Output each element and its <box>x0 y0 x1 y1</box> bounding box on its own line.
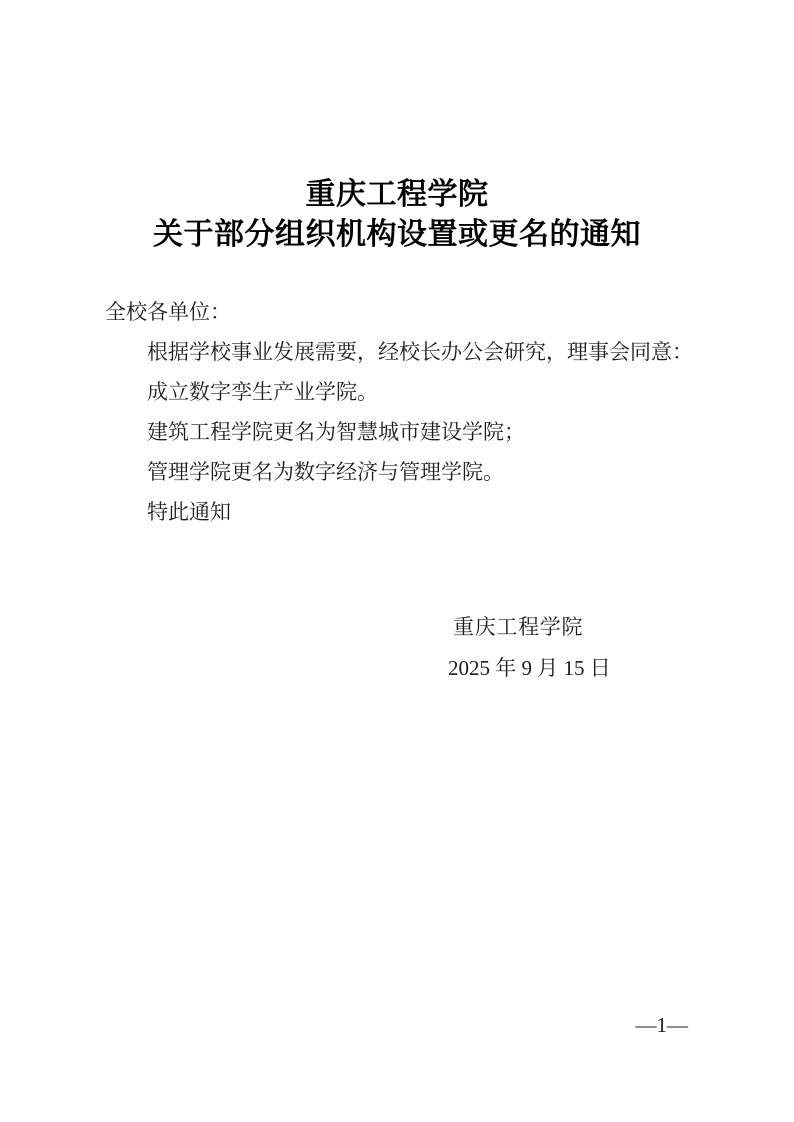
signature-date: 2025 年 9 月 15 日 <box>448 648 611 688</box>
body-paragraph: 管理学院更名为数字经济与管理学院。 <box>105 452 699 492</box>
page-number: —1— <box>636 1005 689 1045</box>
document-title-line2: 关于部分组织机构设置或更名的通知 <box>0 215 794 255</box>
signature-organization: 重庆工程学院 <box>453 607 583 647</box>
salutation: 全校各单位： <box>105 292 699 332</box>
document-title-line1: 重庆工程学院 <box>0 175 794 215</box>
document-body: 全校各单位： 根据学校事业发展需要，经校长办公会研究，理事会同意： 成立数字孪生… <box>105 292 699 532</box>
document-page: 重庆工程学院 关于部分组织机构设置或更名的通知 全校各单位： 根据学校事业发展需… <box>0 0 794 1122</box>
closing-phrase: 特此通知 <box>105 492 699 532</box>
body-paragraph: 根据学校事业发展需要，经校长办公会研究，理事会同意： <box>105 332 699 372</box>
document-title: 重庆工程学院 关于部分组织机构设置或更名的通知 <box>0 175 794 255</box>
body-paragraph: 成立数字孪生产业学院。 <box>105 372 699 412</box>
body-paragraph: 建筑工程学院更名为智慧城市建设学院； <box>105 412 699 452</box>
